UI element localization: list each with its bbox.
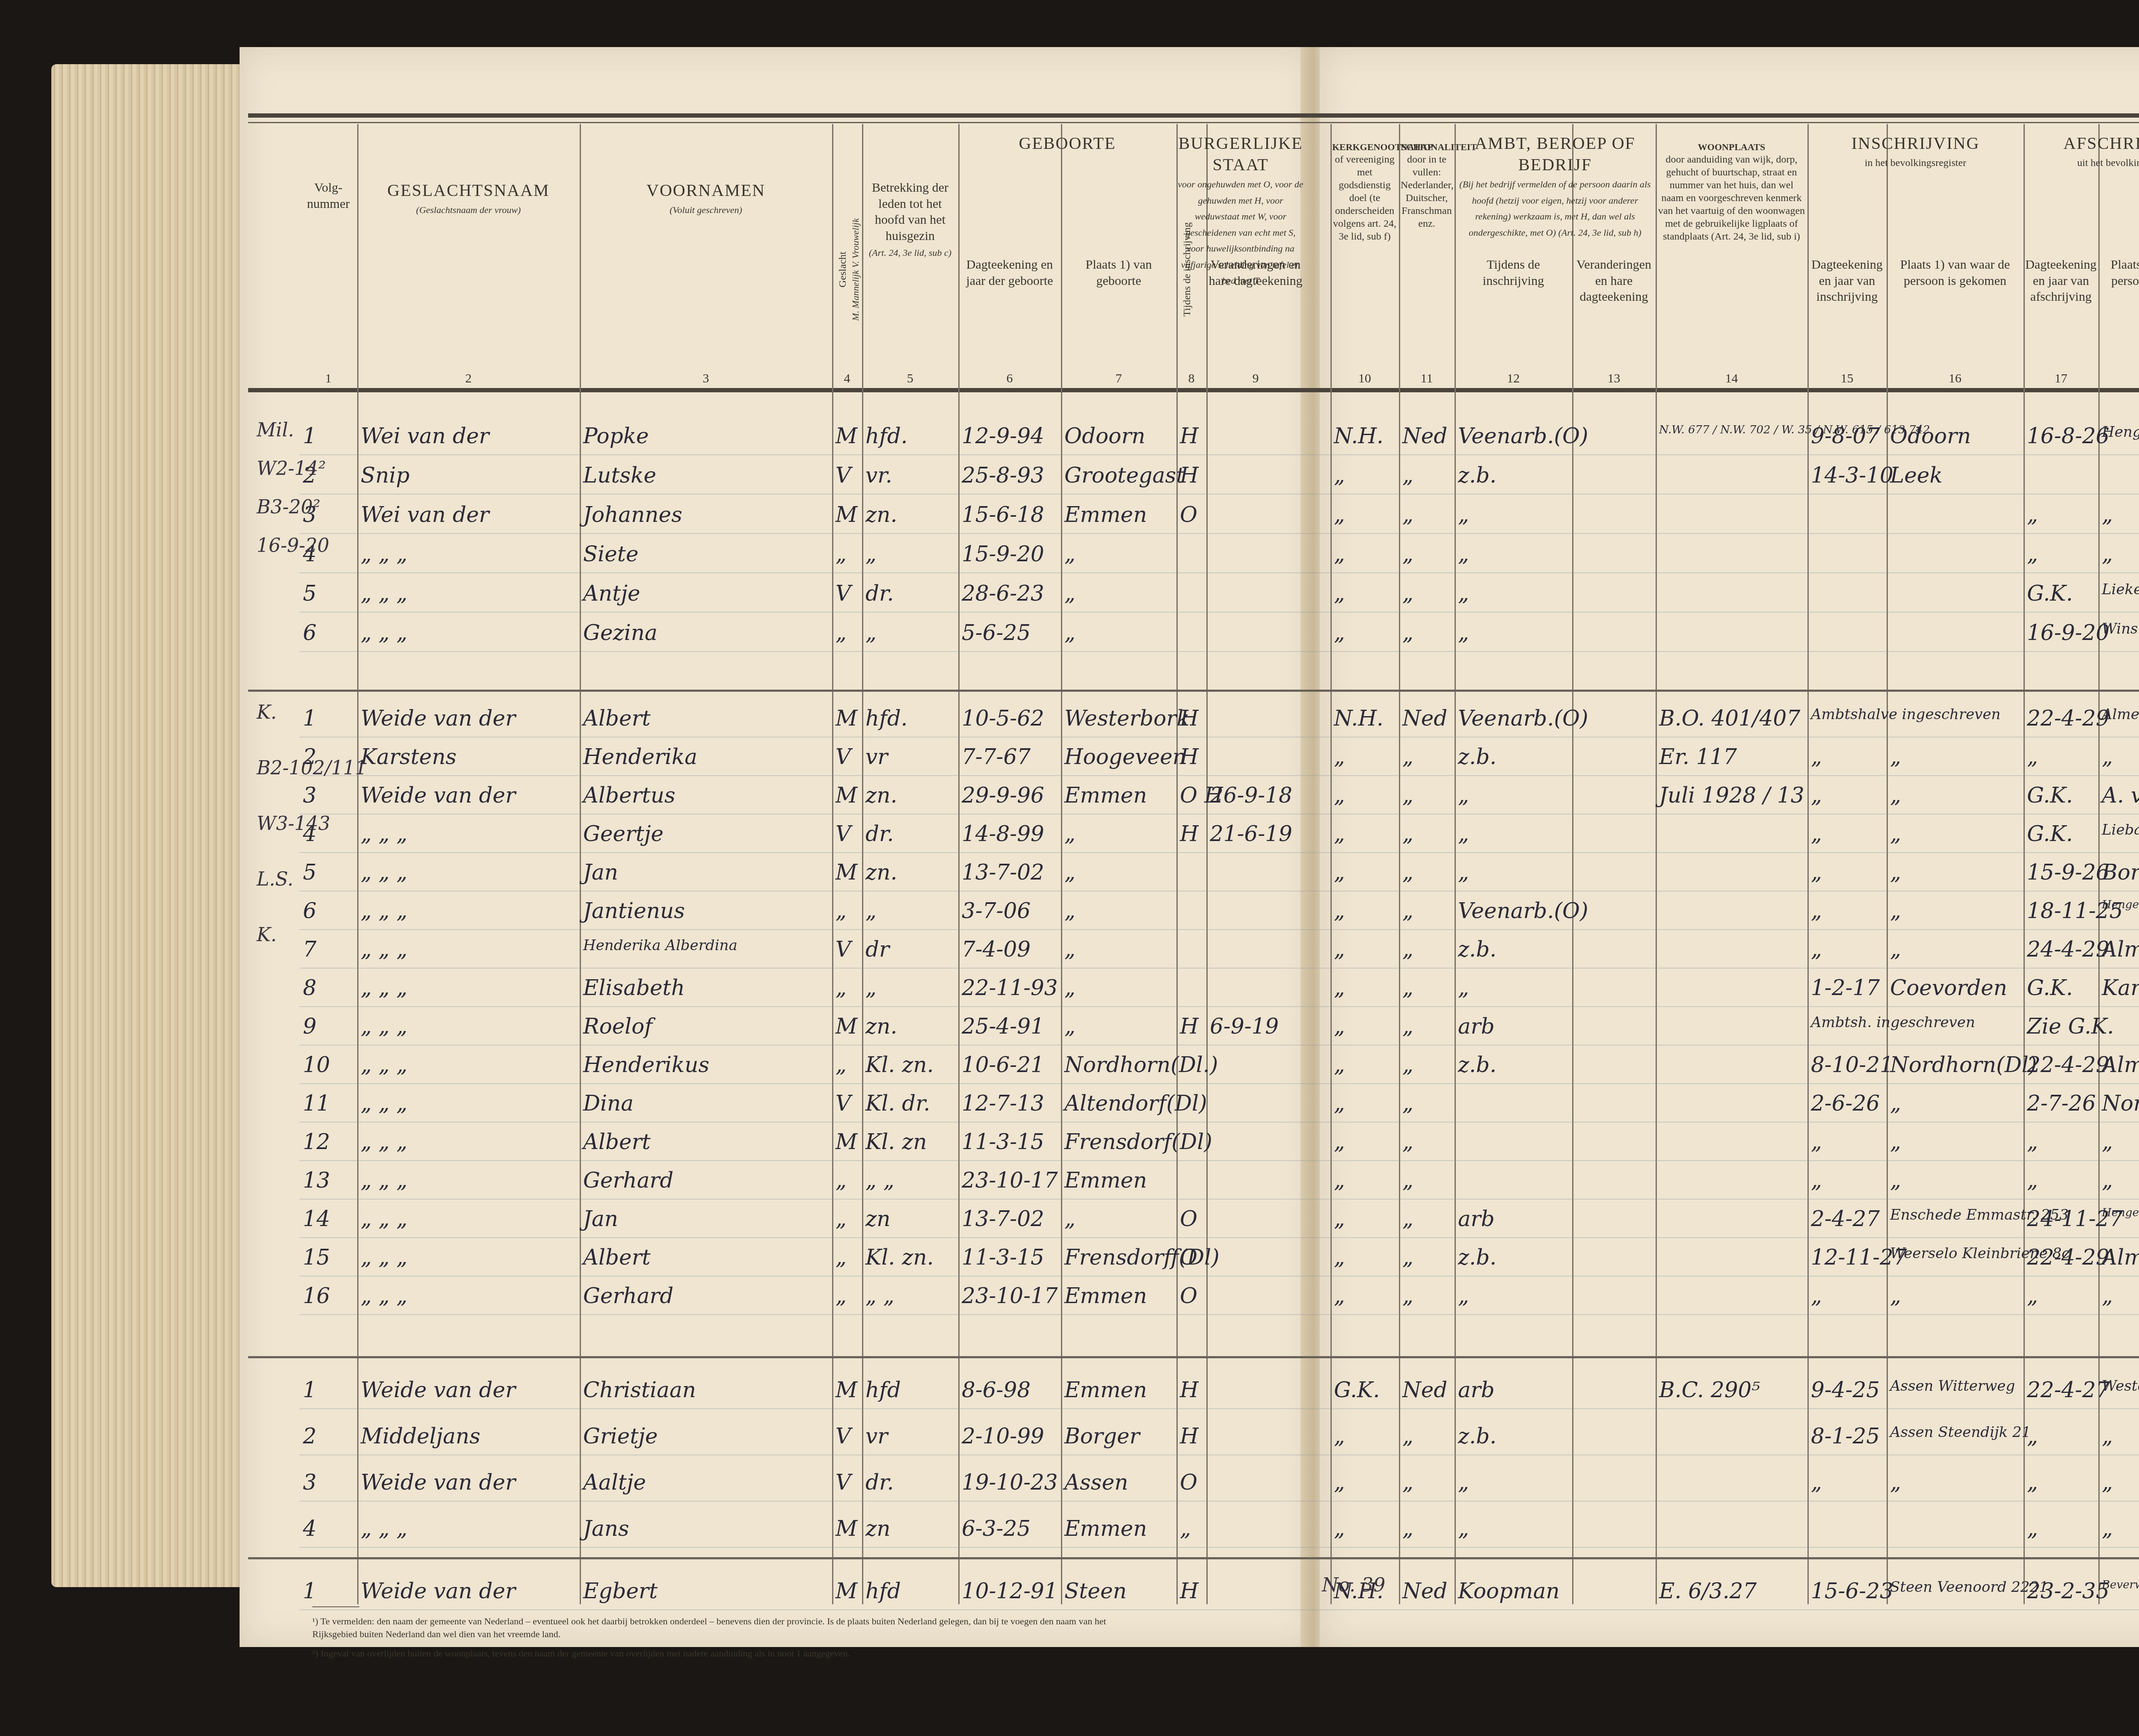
cell-church: „ — [1334, 1129, 1345, 1154]
cell-church: „ — [1334, 1052, 1345, 1077]
cell-out-to: Lieke Hoogenberg — [2102, 581, 2139, 598]
cell-place: „ — [1064, 1014, 1075, 1039]
margin-note: 16-9-20 — [257, 535, 329, 557]
cell-out-to: Hengelo(O) Hoefsweg 292 — [2102, 424, 2139, 441]
cell-occ: „ — [1458, 620, 1469, 645]
cell-place: „ — [1064, 620, 1075, 645]
column-number: 12 — [1455, 371, 1572, 386]
book-page-edges — [51, 64, 252, 1587]
cell-nat: „ — [1402, 898, 1413, 923]
cell-nr: 3 — [303, 1470, 317, 1495]
cell-born: 11-3-15 — [962, 1129, 1044, 1154]
cell-ins-date: Ambtshalve ingeschreven — [1811, 706, 1976, 723]
cell-born: 13-7-02 — [962, 1206, 1044, 1231]
cell-civ: H — [1180, 744, 1199, 769]
cell-born: 12-7-13 — [962, 1091, 1044, 1116]
cell-born: 19-10-23 — [962, 1470, 1058, 1495]
header-top-rule-thin — [248, 122, 2139, 123]
column-divider — [1455, 124, 1456, 1604]
cell-civ: „ — [1180, 1516, 1191, 1541]
margin-note: L.S. — [257, 868, 293, 890]
cell-out-to: Almelo — [2102, 1052, 2139, 1077]
cell-occ: „ — [1458, 502, 1469, 527]
ruled-line — [299, 968, 2139, 969]
column-number: 1 — [299, 371, 357, 386]
cell-born: 12-9-94 — [962, 424, 1044, 448]
cell-nat: Ned — [1402, 424, 1447, 448]
cell-nr: 1 — [303, 1579, 317, 1603]
cell-church: N.H. — [1334, 424, 1384, 448]
cell-out-date: „ — [2027, 542, 2038, 566]
cell-sex: V — [835, 581, 851, 606]
cell-nr: 9 — [303, 1014, 317, 1039]
cell-out-to: „ — [2102, 1424, 2113, 1449]
ruled-line — [299, 1547, 2139, 1548]
cell-rel: „ — [865, 542, 877, 566]
cell-born: 29-9-96 — [962, 783, 1044, 808]
column-divider — [1656, 124, 1657, 1604]
cell-sex: M — [835, 1129, 857, 1154]
cell-given: Roelof — [583, 1014, 652, 1039]
ruled-line — [299, 737, 2139, 738]
cell-place: „ — [1064, 821, 1075, 846]
cell-occ: arb — [1458, 1378, 1495, 1402]
cell-out-to: Westerbork Witteveen — [2102, 1378, 2139, 1395]
ruled-line — [299, 651, 2139, 652]
cell-out-date: 2-7-26 — [2027, 1091, 2096, 1116]
cell-place: Borger — [1064, 1424, 1140, 1449]
cell-given: Johannes — [583, 502, 682, 527]
cell-born: 8-6-98 — [962, 1378, 1031, 1402]
cell-sex: V — [835, 937, 851, 962]
cell-out-to: „ — [2102, 1168, 2113, 1193]
cell-born: 22-11-93 — [962, 975, 1058, 1000]
column-number: 16 — [1887, 371, 2023, 386]
column-number: 10 — [1330, 371, 1399, 386]
cell-given: Henderika — [583, 744, 697, 769]
column-number: 13 — [1572, 371, 1656, 386]
cell-place: Nordhorn(Dl.) — [1064, 1052, 1218, 1077]
household-divider-3 — [248, 1557, 2139, 1559]
cell-given: Gerhard — [583, 1168, 673, 1193]
cell-rel: Kl. zn. — [865, 1245, 934, 1270]
cell-civ: H — [1180, 424, 1199, 448]
column-header: KERKGENOOTSCHAPof vereeniging met godsdi… — [1332, 141, 1397, 243]
column-header: Volg-nummer — [301, 180, 356, 212]
column-number: 11 — [1399, 371, 1455, 386]
cell-out-date: „ — [2027, 502, 2038, 527]
cell-given: Dina — [583, 1091, 634, 1116]
column-header: Plaats 1) waarheen de persoon is vertrok… — [2100, 257, 2139, 289]
cell-given: Geertje — [583, 821, 664, 846]
cell-place: „ — [1064, 860, 1075, 885]
footnote-1: ¹) Te vermelden: den naam der gemeente v… — [312, 1615, 1125, 1640]
cell-nr: 14 — [303, 1206, 330, 1231]
cell-place: Assen — [1064, 1470, 1128, 1495]
cell-place: Emmen — [1064, 1516, 1147, 1541]
cell-place: „ — [1064, 581, 1075, 606]
cell-born: 23-10-17 — [962, 1283, 1058, 1308]
margin-note: W3-143 — [257, 813, 330, 835]
cell-out-to: Liebattes Fokkema — [2102, 821, 2139, 838]
cell-ins-from: Coevorden — [1890, 975, 2007, 1000]
column-header: Dagteekening en jaar van inschrijving — [1809, 257, 1885, 305]
cell-church: „ — [1334, 821, 1345, 846]
cell-place: Westerbork — [1064, 706, 1189, 731]
cell-rel: vr — [865, 1424, 888, 1449]
cell-out-to: Nordhorn(Dl) — [2102, 1091, 2139, 1116]
ruled-line — [299, 1408, 2139, 1409]
cell-ins-date: „ — [1811, 898, 1822, 923]
cell-occ: z.b. — [1458, 1245, 1496, 1270]
cell-church: „ — [1334, 1470, 1345, 1495]
cell-sex: V — [835, 463, 851, 488]
column-divider — [1061, 124, 1062, 1604]
cell-sex: M — [835, 1378, 857, 1402]
cell-nat: Ned — [1402, 1378, 1447, 1402]
cell-church: „ — [1334, 898, 1345, 923]
cell-surname: „ „ „ — [361, 1014, 408, 1039]
cell-sex: V — [835, 821, 851, 846]
cell-out-to: „ — [2102, 1283, 2113, 1308]
cell-occ: „ — [1458, 975, 1469, 1000]
cell-civ: H — [1180, 1579, 1199, 1603]
ruled-line — [299, 1160, 2139, 1161]
cell-out-to: „ — [2102, 502, 2113, 527]
column-header: VOORNAMEN(Voluit geschreven) — [581, 180, 830, 217]
cell-church: „ — [1334, 1168, 1345, 1193]
cell-out-date: „ — [2027, 1470, 2038, 1495]
cell-occ: Koopman — [1458, 1579, 1560, 1603]
cell-ins-date: „ — [1811, 1168, 1822, 1193]
margin-note: W2-14² — [257, 458, 326, 480]
cell-nat: „ — [1402, 1129, 1413, 1154]
cell-rel: zn — [865, 1516, 891, 1541]
column-number: 18 — [2098, 371, 2139, 386]
cell-out-to: „ — [2102, 744, 2113, 769]
cell-ins-date: 9-4-25 — [1811, 1378, 1880, 1402]
cell-born: 15-6-18 — [962, 502, 1044, 527]
ruled-line — [299, 1199, 2139, 1200]
cell-born: 2-10-99 — [962, 1424, 1044, 1449]
cell-church: „ — [1334, 1283, 1345, 1308]
cell-born: 14-8-99 — [962, 821, 1044, 846]
cell-civ: O — [1180, 1245, 1197, 1270]
cell-out-date: G.K. — [2027, 821, 2073, 846]
cell-given: Henderika Alberdina — [583, 937, 738, 954]
cell-occ: Veenarb.(O) — [1458, 424, 1588, 448]
column-header: WOONPLAATSdoor aanduiding van wijk, dorp… — [1657, 141, 1806, 243]
cell-out-to: Borculo K4 — [2102, 860, 2139, 885]
column-divider — [1206, 124, 1208, 1604]
cell-ins-date: „ — [1811, 821, 1822, 846]
column-number: 17 — [2023, 371, 2098, 386]
column-divider — [1807, 124, 1809, 1604]
ruled-line — [299, 1045, 2139, 1046]
cell-out-date: 23-2-35 — [2027, 1579, 2109, 1603]
column-group-header: INSCHRIJVINGin het bevolkingsregister — [1807, 133, 2023, 170]
cell-born: 25-8-93 — [962, 463, 1044, 488]
cell-place: „ — [1064, 975, 1075, 1000]
cell-out-date: 22-4-29 — [2027, 1245, 2109, 1270]
cell-occ: Veenarb.(O) — [1458, 898, 1588, 923]
cell-sex: „ — [835, 975, 847, 1000]
column-header: GeslachtM. Mannelijk V. Vrouwelijk — [836, 180, 858, 359]
cell-nat: Ned — [1402, 706, 1447, 731]
cell-nat: „ — [1402, 1014, 1413, 1039]
cell-nr: 1 — [303, 1378, 317, 1402]
cell-out-date: 22-4-29 — [2027, 1052, 2109, 1077]
cell-born: 7-7-67 — [962, 744, 1031, 769]
cell-nat: „ — [1402, 1470, 1413, 1495]
cell-address: B.C. 290⁵ — [1659, 1378, 1760, 1402]
cell-rel: dr — [865, 937, 889, 962]
cell-rel: „ — [865, 898, 877, 923]
cell-nat: Ned — [1402, 1579, 1447, 1603]
cell-rel: hfd — [865, 1579, 901, 1603]
ruled-line — [299, 1314, 2139, 1315]
ruled-line — [299, 533, 2139, 534]
column-number: 9 — [1206, 371, 1305, 386]
cell-out-to: A. v.der Weide — [2102, 783, 2139, 808]
column-divider — [1330, 124, 1332, 1604]
ruled-line — [299, 814, 2139, 815]
cell-out-date: G.K. — [2027, 581, 2073, 606]
cell-sex: V — [835, 1424, 851, 1449]
cell-civ: H — [1180, 821, 1199, 846]
cell-place: Emmen — [1064, 783, 1147, 808]
cell-ins-from: Steen Veenoord 2221 — [1890, 1579, 2048, 1596]
cell-address: Er. 117 — [1659, 744, 1737, 769]
cell-ins-from: „ — [1890, 744, 1901, 769]
ruled-line — [299, 1237, 2139, 1238]
ruled-line — [299, 775, 2139, 776]
column-group-header: AMBT, BEROEP OF BEDRIJF(Bij het bedrijf … — [1455, 133, 1656, 240]
cell-occ: „ — [1458, 542, 1469, 566]
cell-occ: „ — [1458, 821, 1469, 846]
cell-nat: „ — [1402, 1424, 1413, 1449]
cell-church: „ — [1334, 975, 1345, 1000]
cell-nat: „ — [1402, 860, 1413, 885]
cell-nr: 16 — [303, 1283, 330, 1308]
cell-rel: „ „ — [865, 1283, 895, 1308]
cell-given: Antje — [583, 581, 640, 606]
cell-address: E. 6/3.27 — [1659, 1579, 1757, 1603]
cell-place: Emmen — [1064, 1378, 1147, 1402]
cell-given: Jan — [583, 860, 618, 885]
cell-church: „ — [1334, 744, 1345, 769]
cell-church: „ — [1334, 620, 1345, 645]
cell-place: Hoogeveen — [1064, 744, 1186, 769]
household-divider-1 — [248, 690, 2139, 692]
cell-address: B.O. 401/407 — [1659, 706, 1800, 731]
cell-rel: zn. — [865, 860, 897, 885]
cell-surname: „ „ „ — [361, 620, 408, 645]
column-divider — [832, 124, 833, 1604]
cell-out-date: 15-9-26 — [2027, 860, 2109, 885]
cell-out-date: „ — [2027, 1283, 2038, 1308]
cell-rel: dr. — [865, 581, 894, 606]
ruled-line — [299, 929, 2139, 930]
cell-rel: hfd. — [865, 706, 908, 731]
cell-ins-from: Leek — [1890, 463, 1943, 488]
cell-sex: M — [835, 783, 857, 808]
cell-civ-change: 6-9-19 — [1210, 1014, 1279, 1039]
cell-out-date: „ — [2027, 1516, 2038, 1541]
column-number: 7 — [1061, 371, 1176, 386]
cell-surname: Karstens — [361, 744, 456, 769]
cell-sex: „ — [835, 620, 847, 645]
cell-given: Jan — [583, 1206, 618, 1231]
cell-born: 3-7-06 — [962, 898, 1031, 923]
cell-given: Albert — [583, 1129, 651, 1154]
cell-place: Frensdorf(Dl) — [1064, 1129, 1212, 1154]
cell-occ: Veenarb.(O) — [1458, 706, 1588, 731]
cell-ins-from: „ — [1890, 1168, 1901, 1193]
cell-ins-from: „ — [1890, 898, 1901, 923]
cell-out-date: „ — [2027, 744, 2038, 769]
cell-civ: O — [1180, 1206, 1197, 1231]
cell-ins-date: „ — [1811, 744, 1822, 769]
cell-surname: Wei van der — [361, 502, 489, 527]
cell-sex: „ — [835, 1245, 847, 1270]
cell-out-to: Winsum / Roelof Bouwers — [2102, 620, 2139, 637]
cell-given: Albertus — [583, 783, 675, 808]
cell-surname: „ „ „ — [361, 1516, 408, 1541]
cell-ins-from: Odoorn — [1890, 424, 1971, 448]
cell-nat: „ — [1402, 463, 1413, 488]
ruled-line — [299, 454, 2139, 455]
column-header: Veranderingen en hare dagteekening — [1208, 257, 1303, 289]
cell-rel: dr. — [865, 821, 894, 846]
cell-ins-from: „ — [1890, 860, 1901, 885]
column-header: Dagteekening en jaar van afschrijving — [2025, 257, 2097, 305]
cell-surname: „ „ „ — [361, 1206, 408, 1231]
column-number: 5 — [862, 371, 958, 386]
cell-sex: M — [835, 1014, 857, 1039]
cell-out-to: „ — [2102, 1516, 2113, 1541]
cell-sex: M — [835, 424, 857, 448]
cell-given: Albert — [583, 1245, 651, 1270]
cell-nat: „ — [1402, 542, 1413, 566]
cell-nat: „ — [1402, 1206, 1413, 1231]
cell-sex: V — [835, 1470, 851, 1495]
cell-rel: zn. — [865, 502, 897, 527]
cell-rel: „ — [865, 620, 877, 645]
cell-ins-date: „ — [1811, 1129, 1822, 1154]
cell-place: Altendorf(Dl) — [1064, 1091, 1207, 1116]
cell-nat: „ — [1402, 744, 1413, 769]
cell-nr: 11 — [303, 1091, 330, 1116]
cell-out-date: „ — [2027, 1168, 2038, 1193]
cell-sex: M — [835, 706, 857, 731]
cell-occ: z.b. — [1458, 937, 1496, 962]
cell-civ: O — [1180, 502, 1197, 527]
cell-surname: Weide van der — [361, 783, 515, 808]
column-group-header: GEBOORTE — [958, 133, 1176, 154]
cell-sex: „ — [835, 1206, 847, 1231]
cell-nr: 8 — [303, 975, 317, 1000]
ruled-line — [299, 1083, 2139, 1084]
cell-surname: „ „ „ — [361, 821, 408, 846]
cell-given: Siete — [583, 542, 639, 566]
cell-church: „ — [1334, 1516, 1345, 1541]
ruled-line — [299, 1455, 2139, 1455]
cell-occ: z.b. — [1458, 744, 1496, 769]
cell-church: „ — [1334, 463, 1345, 488]
cell-occ: z.b. — [1458, 1052, 1496, 1077]
cell-church: „ — [1334, 860, 1345, 885]
cell-rel: zn. — [865, 783, 897, 808]
column-header: Plaats 1) van waar de persoon is gekomen — [1888, 257, 2022, 289]
cell-rel: Kl. dr. — [865, 1091, 930, 1116]
cell-given: Gezina — [583, 620, 658, 645]
cell-nat: „ — [1402, 502, 1413, 527]
ruled-line — [299, 891, 2139, 892]
ruled-line — [299, 612, 2139, 613]
cell-born: 6-3-25 — [962, 1516, 1031, 1541]
cell-born: 10-12-91 — [962, 1579, 1058, 1603]
column-divider — [1399, 124, 1400, 1604]
column-divider — [862, 124, 863, 1604]
cell-ins-date: „ — [1811, 860, 1822, 885]
cell-nr: 1 — [303, 706, 317, 731]
column-divider — [1887, 124, 1888, 1604]
cell-nat: „ — [1402, 1091, 1413, 1116]
cell-given: Lutske — [583, 463, 656, 488]
cell-nr: 4 — [303, 1516, 317, 1541]
cell-church: „ — [1334, 1424, 1345, 1449]
header-top-rule — [248, 113, 2139, 118]
ruled-line — [299, 494, 2139, 495]
cell-nat: „ — [1402, 783, 1413, 808]
cell-place: „ — [1064, 1206, 1075, 1231]
cell-nat: „ — [1402, 821, 1413, 846]
cell-place: Odoorn — [1064, 424, 1145, 448]
cell-out-date: 16-8-26 — [2027, 424, 2109, 448]
ruled-line — [299, 1006, 2139, 1007]
cell-nr: 10 — [303, 1052, 330, 1077]
cell-ins-date: 2-6-26 — [1811, 1091, 1880, 1116]
cell-nr: 12 — [303, 1129, 330, 1154]
cell-surname: Snip — [361, 463, 409, 488]
cell-ins-date: 2-4-27 — [1811, 1206, 1880, 1231]
cell-sex: M — [835, 502, 857, 527]
margin-note: K. — [257, 702, 277, 723]
column-number: 8 — [1176, 371, 1206, 386]
cell-born: 23-10-17 — [962, 1168, 1058, 1193]
cell-ins-from: Assen Steendijk 21 — [1890, 1424, 2031, 1441]
cell-out-to: „ — [2102, 1129, 2113, 1154]
cell-nat: „ — [1402, 1245, 1413, 1270]
cell-civ: O — [1180, 1283, 1197, 1308]
cell-given: Albert — [583, 706, 651, 731]
cell-surname: Weide van der — [361, 1378, 515, 1402]
cell-out-to: Hengelo(O) Deurningerweg 135 — [2102, 898, 2139, 911]
column-divider — [357, 124, 358, 1604]
cell-rel: dr. — [865, 1470, 894, 1495]
cell-out-to: Almelo Oosterlechstr. 3 — [2102, 706, 2139, 723]
cell-ins-date: 9-8-07 — [1811, 424, 1880, 448]
cell-ins-from: „ — [1890, 1283, 1901, 1308]
cell-ins-date: „ — [1811, 1470, 1822, 1495]
cell-ins-from: „ — [1890, 821, 1901, 846]
ruled-line — [299, 1609, 2139, 1610]
cell-born: 7-4-09 — [962, 937, 1031, 962]
cell-sex: M — [835, 1516, 857, 1541]
cell-ins-date: „ — [1811, 783, 1822, 808]
cell-surname: „ „ „ — [361, 1283, 408, 1308]
